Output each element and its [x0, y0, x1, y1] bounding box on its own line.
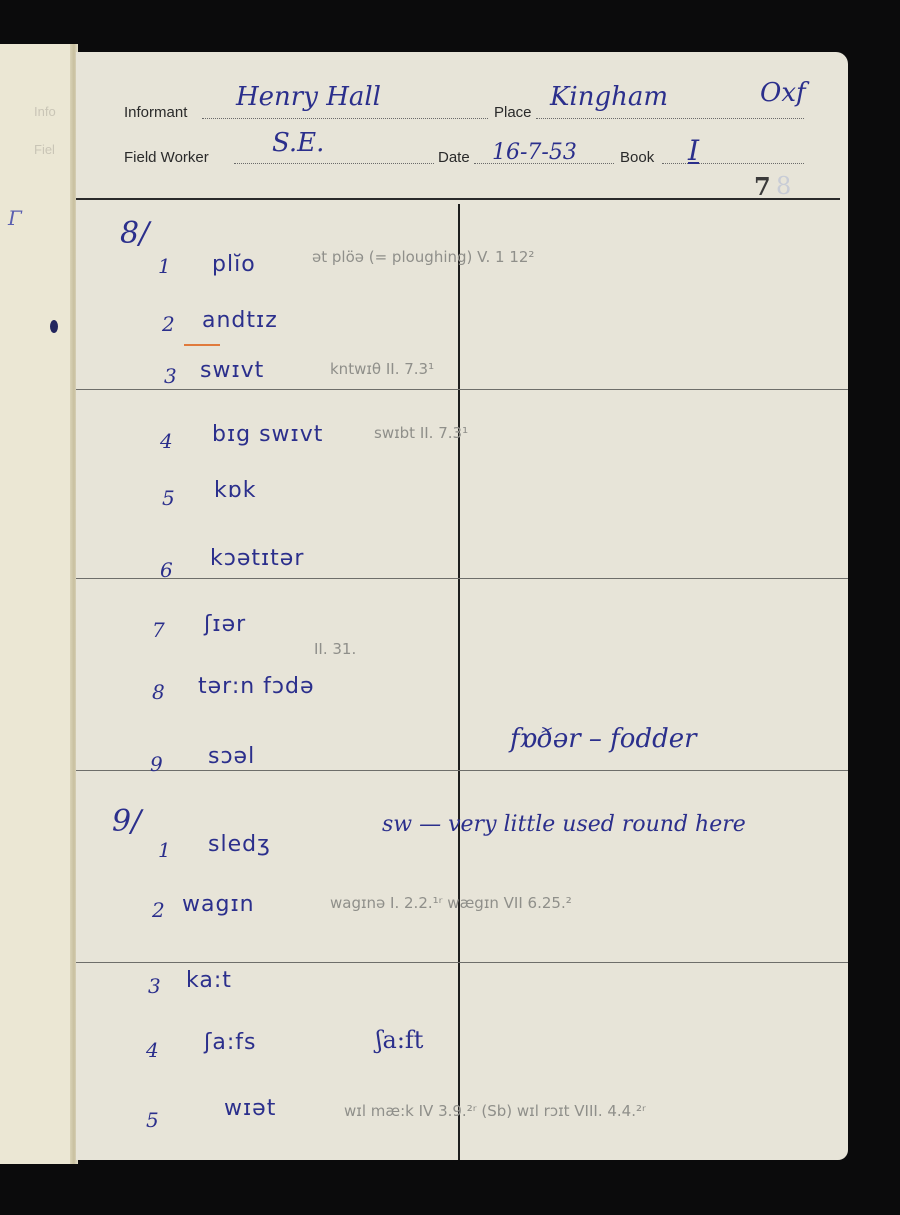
informant-dotted-line [202, 118, 488, 119]
column-divider [458, 204, 460, 1160]
entry-note: fɒðər – fodder [510, 724, 697, 754]
entry-word: bɪg swɪvt [212, 422, 323, 447]
informant-value: Henry Hall [236, 82, 381, 112]
entry-number: 7 [152, 618, 165, 642]
entry-word: ʃa:fs [204, 1030, 257, 1055]
entry-word: wagɪn [182, 892, 255, 917]
orange-pencil-mark [184, 344, 220, 346]
entry-word: plĭo [212, 252, 256, 277]
entry-number: 1 [158, 838, 171, 862]
place-label: Place [494, 104, 532, 121]
entry-note: ʃa:ft [376, 1026, 423, 1054]
entry-number: 4 [160, 429, 173, 453]
ghost-label-informant: Info [34, 104, 56, 119]
entry-pencil-note: II. 31. [314, 640, 356, 658]
page-number: 7 [754, 172, 771, 201]
date-label: Date [438, 149, 470, 166]
entry-word: sledʒ [208, 832, 271, 857]
entry-word: sɔəl [208, 744, 255, 769]
entry-word: swɪvt [200, 358, 264, 383]
section-rule [76, 389, 848, 390]
entry-number: 3 [148, 974, 161, 998]
place-code: Oxf [760, 78, 806, 108]
entry-pencil-note: kntwɪθ II. 7.3¹ [330, 360, 434, 378]
place-value: Kingham [550, 82, 668, 112]
entry-word: kɔətɪtər [210, 546, 304, 571]
place-dotted-line [536, 118, 804, 119]
book-label: Book [620, 149, 654, 166]
entry-pencil-note: swɪbt II. 7.3¹ [374, 424, 468, 442]
book-dotted-line [662, 163, 804, 164]
informant-label: Informant [124, 104, 187, 121]
entry-pencil-note: wɪl mæ:k IV 3.9.²ʳ (Sb) wɪl rɔɪt VIII. 4… [344, 1102, 646, 1120]
section-mark: 9/ [112, 804, 141, 839]
entry-number: 6 [160, 558, 173, 582]
entry-number: 8 [152, 680, 165, 704]
entry-word: kɒk [214, 478, 256, 503]
date-value: 16-7-53 [492, 140, 577, 165]
entry-number: 1 [158, 254, 171, 278]
section-rule [76, 770, 848, 771]
ghost-label-field: Fiel [34, 142, 55, 157]
entry-number: 3 [164, 364, 177, 388]
entry-pencil-note: ət plöə (= ploughing) V. 1 12² [312, 248, 534, 266]
entry-word: ka:t [186, 968, 232, 993]
entry-word: ʃɪər [204, 612, 246, 637]
entry-number: 9 [150, 752, 163, 776]
section-rule [76, 578, 848, 579]
section-rule [76, 962, 848, 963]
entry-number: 4 [146, 1038, 159, 1062]
entry-number: 5 [162, 486, 175, 510]
section-mark: 8/ [120, 216, 149, 251]
book-value: I [688, 134, 699, 167]
entry-word: wɪət [224, 1096, 276, 1121]
entry-word: tər:n fɔdə [198, 674, 315, 699]
entry-word: andtɪz [202, 308, 278, 333]
entry-number: 5 [146, 1108, 159, 1132]
entry-pencil-note: wagɪnə I. 2.2.¹ʳ wægɪn VII 6.25.² [330, 894, 572, 912]
left-leaf-mark: Γ [8, 206, 22, 230]
field-worker-dotted-line [234, 163, 434, 164]
field-worker-label: Field Worker [124, 149, 209, 166]
field-worker-value: S.E. [272, 128, 324, 158]
ghost-page-number: 8 [776, 172, 791, 200]
header-rule [76, 198, 840, 200]
ink-blot [50, 320, 58, 333]
field-notebook-page: Informant Henry Hall Place Kingham Oxf F… [76, 52, 848, 1160]
entry-number: 2 [162, 312, 175, 336]
left-page-leaf: Info Fiel Γ [0, 44, 77, 1164]
entry-number: 2 [152, 898, 165, 922]
entry-note: sw — very little used round here [382, 812, 746, 837]
